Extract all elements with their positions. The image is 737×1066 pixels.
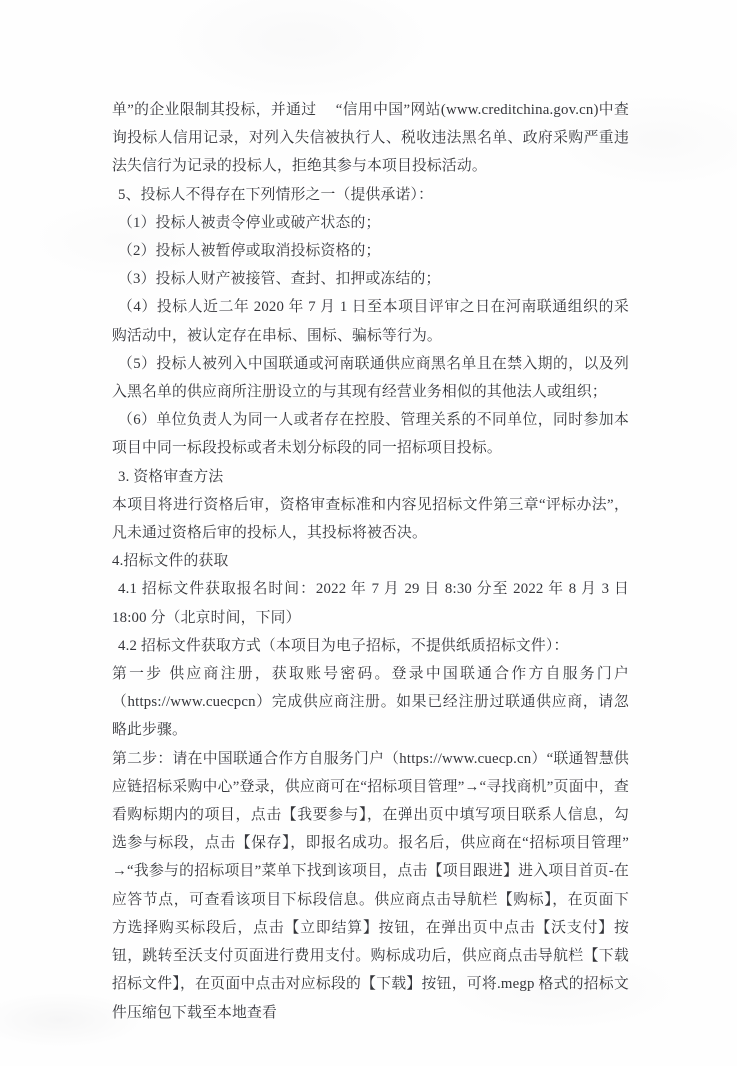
heading-3-qualification-review: 3. 资格审查方法 [112,463,629,491]
clause-5-item-1: （1）投标人被责令停业或破产状态的； [112,209,629,237]
document-page-body: 单”的企业限制其投标，并通过 “信用中国”网站(www.creditchina.… [112,96,629,1027]
clause-5-item-2: （2）投标人被暂停或取消投标资格的； [112,237,629,265]
clause-5-item-6: （6）单位负责人为同一人或者存在控股、管理关系的不同单位，同时参加本项目中同一标… [112,406,629,462]
heading-clause-5-conditions: 5、投标人不得存在下列情形之一（提供承诺）： [112,181,629,209]
para-4-2-obtain-method: 4.2 招标文件获取方式（本项目为电子招标，不提供纸质招标文件）： [112,632,629,660]
para-step-1-register: 第一步 供应商注册，获取账号密码。登录中国联通合作方自服务门户（https://… [112,660,629,745]
clause-5-item-4: （4）投标人近二年 2020 年 7 月 1 日至本项目评审之日在河南联通组织的… [112,293,629,349]
para-post-qualification: 本项目将进行资格后审，资格审查标准和内容见招标文件第三章“评标办法”，凡未通过资… [112,491,629,547]
para-step-2-portal-process: 第二步：请在中国联通合作方自服务门户（https://www.cuecp.cn）… [112,745,629,1027]
clause-5-item-5: （5）投标人被列入中国联通或河南联通供应商黑名单且在禁入期的，以及列入黑名单的供… [112,350,629,406]
heading-4-obtain-documents: 4.招标文件的获取 [112,547,629,575]
para-4-1-registration-time: 4.1 招标文件获取报名时间：2022 年 7 月 29 日 8:30 分至 2… [112,575,629,631]
clause-5-item-3: （3）投标人财产被接管、查封、扣押或冻结的； [112,265,629,293]
para-creditchina-check: 单”的企业限制其投标，并通过 “信用中国”网站(www.creditchina.… [112,96,629,181]
